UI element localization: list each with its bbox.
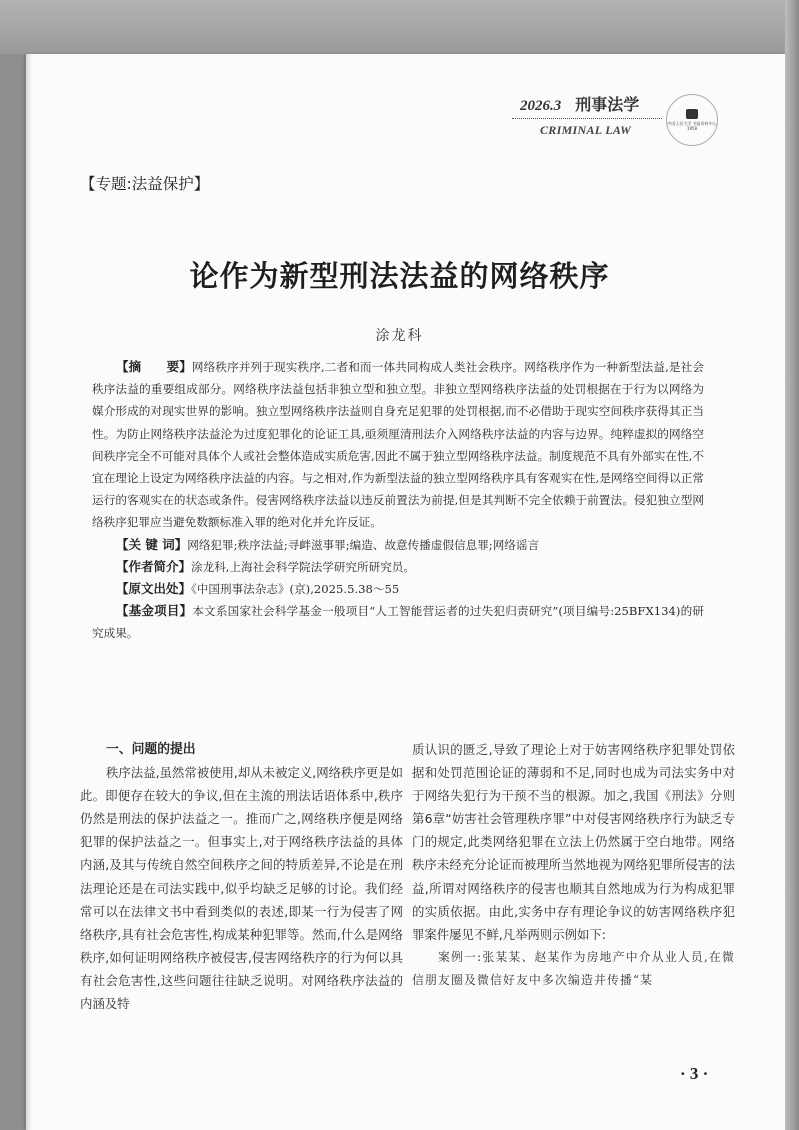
publisher-logo-icon: 中国人民大学 书报资料中心 1958 (666, 94, 718, 146)
journal-header: 2026.3 刑事法学 CRIMINAL LAW (512, 92, 662, 138)
author-bio-label: 【作者简介】 (116, 559, 191, 574)
abstract-label: 【摘 要】 (116, 359, 192, 374)
body-column-left: 一、问题的提出 秩序法益,虽然常被使用,却从未被定义,网络秩序更是如此。即便存在… (80, 738, 403, 1015)
source-text: 《中国刑事法杂志》(京),2025.5.38～55 (191, 582, 399, 596)
source: 【原文出处】《中国刑事法杂志》(京),2025.5.38～55 (92, 578, 704, 600)
author-bio-text: 涂龙科,上海社会科学院法学研究所研究员。 (191, 560, 415, 574)
source-label: 【原文出处】 (116, 581, 191, 596)
keywords-label: 【关 键 词】 (116, 537, 187, 552)
scanner-edge-top (0, 0, 799, 54)
abstract: 【摘 要】网络秩序并列于现实秩序,二者和而一体共同构成人类社会秩序。网络秩序作为… (92, 356, 704, 534)
journal-title-en: CRIMINAL LAW (512, 123, 662, 138)
article-title: 论作为新型刑法法益的网络秩序 (0, 254, 799, 295)
abstract-text: 网络秩序并列于现实秩序,二者和而一体共同构成人类社会秩序。网络秩序作为一种新型法… (92, 360, 704, 529)
scanner-edge-right (785, 0, 799, 1130)
case-example: 案例一:张某某、赵某作为房地产中介从业人员,在微信朋友圈及微信好友中多次编造并传… (412, 946, 735, 992)
topic-label: 【专题:法益保护】 (80, 172, 209, 194)
page-binding-shadow (26, 54, 32, 1130)
logo-year: 1958 (687, 126, 697, 131)
article-author: 涂龙科 (0, 325, 799, 345)
keywords: 【关 键 词】网络犯罪;秩序法益;寻衅滋事罪;编造、故意传播虚假信息罪;网络谣言 (92, 534, 704, 556)
abstract-block: 【摘 要】网络秩序并列于现实秩序,二者和而一体共同构成人类社会秩序。网络秩序作为… (92, 356, 704, 645)
journal-title-cn: 刑事法学 (575, 92, 639, 115)
body-paragraph: 秩序法益,虽然常被使用,却从未被定义,网络秩序更是如此。即便存在较大的争议,但在… (80, 761, 403, 1015)
fund: 【基金项目】本文系国家社会科学基金一般项目“人工智能营运者的过失犯归责研究”(项… (92, 600, 704, 644)
section-heading: 一、问题的提出 (80, 738, 403, 761)
issue-number: 2026.3 (520, 98, 561, 115)
fund-label: 【基金项目】 (116, 603, 192, 618)
keywords-text: 网络犯罪;秩序法益;寻衅滋事罪;编造、故意传播虚假信息罪;网络谣言 (187, 538, 539, 552)
page-number: · 3 · (680, 1064, 708, 1084)
journal-header-top: 2026.3 刑事法学 (512, 92, 662, 115)
header-dotted-rule (512, 118, 662, 119)
book-seal-icon (686, 109, 698, 119)
body-paragraph-continued: 质认识的匮乏,导致了理论上对于妨害网络秩序犯罪处罚依据和处罚范围论证的薄弱和不足… (412, 738, 735, 946)
body-column-right: 质认识的匮乏,导致了理论上对于妨害网络秩序犯罪处罚依据和处罚范围论证的薄弱和不足… (412, 738, 735, 992)
author-bio: 【作者简介】涂龙科,上海社会科学院法学研究所研究员。 (92, 556, 704, 578)
